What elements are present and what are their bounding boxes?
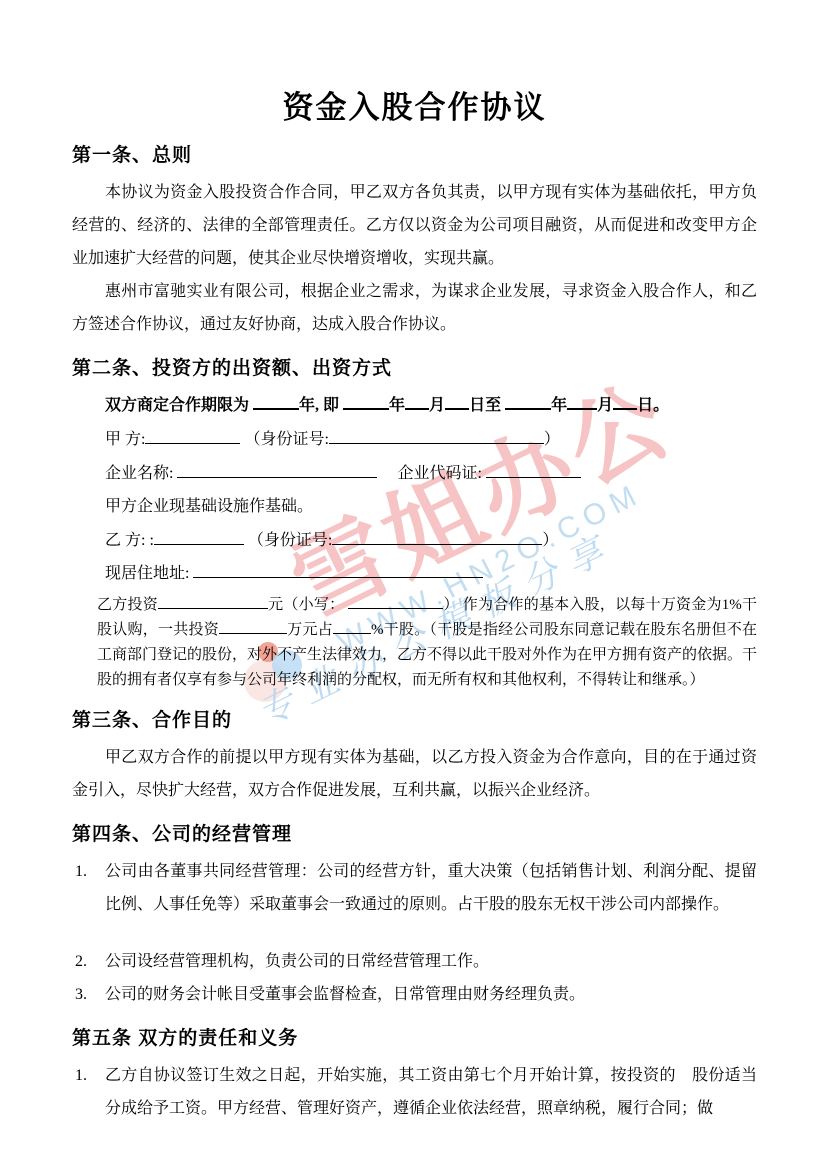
- paragraph: 甲乙双方合作的前提以甲方现有实体为基础，以乙方投入资金为合作意向，目的在于通过资…: [72, 741, 757, 807]
- field-text: 月: [429, 397, 445, 414]
- field-text: 元（小写：: [268, 597, 348, 613]
- list-item: 2.公司设经营管理机构，负责公司的日常经营管理工作。: [75, 945, 757, 978]
- field-text: 日。: [637, 397, 669, 414]
- blank-field: [405, 394, 429, 410]
- blank-field: [158, 596, 268, 609]
- section-heading: 第四条、公司的经营管理: [72, 821, 757, 848]
- field-text: 双方商定合作期限为: [105, 397, 253, 414]
- blank-field: [486, 463, 581, 478]
- list-item-text: 乙方自协议签订生效之日起，开始实施，其工资由第七个月开始计算，按投资的 股份适当…: [105, 1059, 757, 1125]
- blank-field: [154, 530, 244, 545]
- list-item-text: 公司由各董事共同经营管理：公司的经营方针，重大决策（包括销售计划、利润分配、提留…: [105, 855, 757, 921]
- field-text: 年: [389, 397, 405, 414]
- field-text: ）: [542, 532, 558, 549]
- field-text: 现居住地址:: [105, 565, 193, 582]
- list-item-text: 公司设经营管理机构，负责公司的日常经营管理工作。: [105, 945, 757, 978]
- field-text: 日至: [469, 397, 505, 414]
- blank-field: [177, 463, 377, 478]
- blank-field: [333, 621, 371, 634]
- field-line: 现居住地址:: [72, 557, 757, 591]
- section-heading: 第二条、投资方的出资额、出资方式: [72, 355, 757, 382]
- field-line: 甲 方: （身份证号:）: [72, 423, 757, 457]
- fine-print: 乙方投资元（小写： ） 作为合作的基本入股，以每十万资金为1%干股认购，一共投资…: [97, 593, 757, 693]
- field-text: 乙 方: :: [105, 532, 154, 549]
- list-number: 3.: [75, 978, 105, 1011]
- blank-field: [567, 394, 597, 410]
- field-text: 乙方投资: [97, 597, 158, 613]
- blank-field: [145, 429, 240, 444]
- blank-field: [193, 563, 483, 578]
- blank-field: [332, 530, 542, 545]
- document-page: 专业办公模板分享 WWW.HN2O.COM 雪姐办公 资金入股合作协议 第一条、…: [0, 0, 827, 1169]
- field-text: 企业代码证:: [377, 465, 485, 482]
- list-item: 1.乙方自协议签订生效之日起，开始实施，其工资由第七个月开始计算，按投资的 股份…: [75, 1059, 757, 1125]
- field-line: 甲方企业现基础设施作基础。: [72, 490, 757, 524]
- list-item: 1.公司由各董事共同经营管理：公司的经营方针，重大决策（包括销售计划、利润分配、…: [75, 855, 757, 921]
- field-text: 企业名称:: [105, 465, 177, 482]
- field-line: 企业名称: 企业代码证:: [72, 457, 757, 491]
- list-number: 1.: [75, 855, 105, 921]
- section-heading: 第一条、总则: [72, 142, 757, 169]
- section-heading: 第三条、合作目的: [72, 707, 757, 734]
- field-text: （身份证号:: [240, 431, 328, 448]
- field-text: 月: [597, 397, 613, 414]
- blank-field: [445, 394, 469, 410]
- paragraph: 惠州市富驰实业有限公司，根据企业之需求，为谋求企业发展，寻求资金入股合作人，和乙…: [72, 275, 757, 341]
- list-item-text: 公司的财务会计帐目受董事会监督检查，日常管理由财务经理负责。: [105, 978, 757, 1011]
- blank-field: [219, 621, 287, 634]
- list-number: 2.: [75, 945, 105, 978]
- field-text: （身份证号:: [244, 532, 332, 549]
- blank-field: [253, 394, 299, 410]
- field-text: 年, 即: [299, 397, 343, 414]
- field-text: 万元占: [287, 622, 333, 638]
- blank-field: [343, 394, 389, 410]
- document-body: 第一条、总则本协议为资金入股投资合作合同，甲乙双方各负其责，以甲方现有实体为基础…: [72, 142, 757, 1125]
- document-content: 资金入股合作协议 第一条、总则本协议为资金入股投资合作合同，甲乙双方各负其责，以…: [72, 90, 757, 1125]
- blank-field: [329, 429, 544, 444]
- field-line: 双方商定合作期限为 年, 即 年月日至 年月日。: [72, 389, 757, 423]
- document-title: 资金入股合作协议: [72, 90, 757, 126]
- field-text: 年: [551, 397, 567, 414]
- field-text: 甲 方:: [105, 431, 145, 448]
- blank-field: [613, 394, 637, 410]
- field-line: 乙 方: : （身份证号:）: [72, 524, 757, 558]
- list-number: 1.: [75, 1059, 105, 1125]
- field-text: 甲方企业现基础设施作基础。: [105, 498, 313, 515]
- section-heading: 第五条 双方的责任和义务: [72, 1025, 757, 1052]
- field-text: ）: [544, 431, 560, 448]
- list-item: 3.公司的财务会计帐目受董事会监督检查，日常管理由财务经理负责。: [75, 978, 757, 1011]
- blank-field: [505, 394, 551, 410]
- blank-field: [348, 596, 443, 609]
- paragraph: 本协议为资金入股投资合作合同，甲乙双方各负其责，以甲方现有实体为基础依托，甲方负…: [72, 176, 757, 275]
